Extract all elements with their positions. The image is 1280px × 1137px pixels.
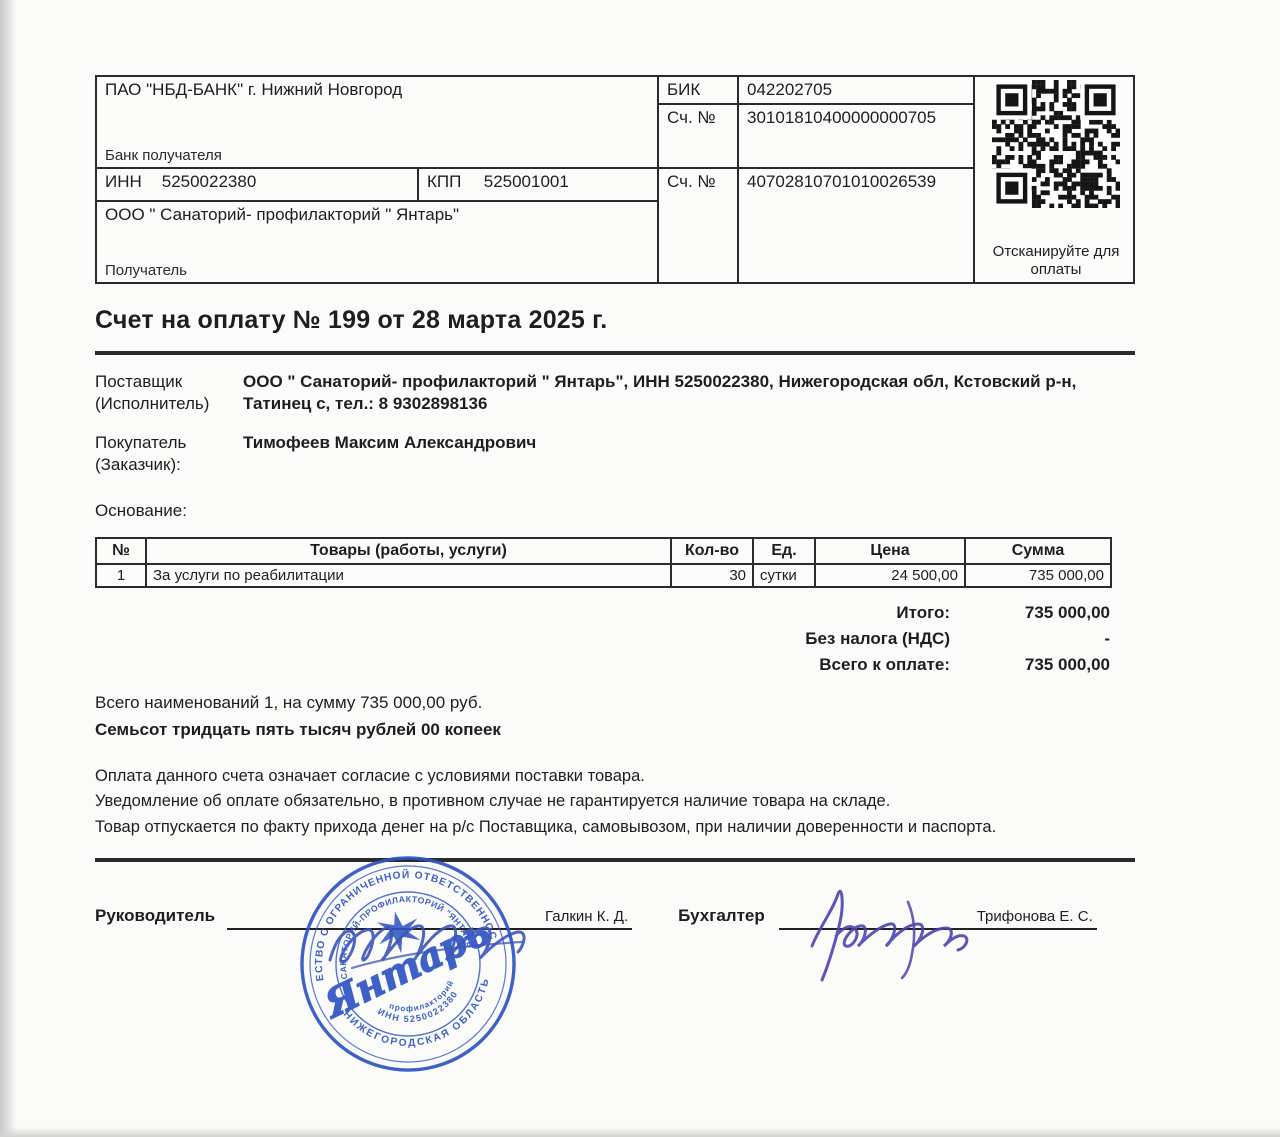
terms-line-1: Оплата данного счета означает согласие с… [95,764,1110,790]
qr-code-image [992,80,1120,208]
account-value: 40702810701010026539 [739,169,975,282]
total-value: - [950,626,1110,652]
items-count-line: Всего наименований 1, на сумму 735 000,0… [95,693,1135,713]
bik-label: БИК [659,77,739,105]
terms-block: Оплата данного счета означает согласие с… [95,764,1110,841]
invoice-scan-page: ПАО "НБД-БАНК" г. Нижний Новгород Банк п… [0,0,1280,1137]
corr-account-value: 30101810400000000705 [739,105,975,169]
total-label: Всего к оплате: [819,652,950,678]
receiver-cell: ООО " Санаторий- профилакторий " Янтарь"… [97,202,659,282]
col-header-unit: Ед. [753,538,815,564]
item-price: 24 500,00 [815,564,965,587]
director-label: Руководитель [95,906,215,930]
item-goods: За услуги по реабилитации [146,564,671,587]
supplier-value: ООО " Санаторий- профилакторий " Янтарь"… [243,371,1123,416]
supplier-block: Поставщик (Исполнитель) ООО " Санаторий-… [95,371,1135,416]
receiver-label: Получатель [105,262,649,279]
totals-block: Итого: 735 000,00 Без налога (НДС) - Все… [95,600,1110,679]
buyer-label-line2: (Заказчик): [95,454,243,476]
item-unit: сутки [753,564,815,587]
bank-label: Банк получателя [105,147,649,164]
buyer-label: Покупатель (Заказчик): [95,432,243,477]
qr-caption: Отсканируйте для оплаты [993,243,1120,279]
supplier-label-line1: Поставщик [95,371,243,393]
kpp-value: 525001001 [484,172,569,191]
bank-requisites-table: ПАО "НБД-БАНК" г. Нижний Новгород Банк п… [95,75,1135,284]
total-label: Без налога (НДС) [805,626,950,652]
item-qty: 30 [671,564,753,587]
scan-edge-bottom [0,1127,1280,1137]
inn-label: ИНН [105,172,157,192]
col-header-price: Цена [815,538,965,564]
kpp-cell: КПП 525001001 [419,169,659,202]
accountant-signature [798,882,998,987]
supplier-label-line2: (Исполнитель) [95,393,243,415]
buyer-value: Тимофеев Максим Александрович [243,432,1123,477]
item-sum: 735 000,00 [965,564,1111,587]
qr-cell: Отсканируйте для оплаты [975,77,1137,282]
receiver-name: ООО " Санаторий- профилакторий " Янтарь" [105,205,649,225]
kpp-label: КПП [427,172,479,192]
items-table: № Товары (работы, услуги) Кол-во Ед. Цен… [95,537,1112,588]
corr-account-label: Сч. № [659,105,739,169]
terms-line-2: Уведомление об оплате обязательно, в про… [95,789,1110,815]
buyer-block: Покупатель (Заказчик): Тимофеев Максим А… [95,432,1135,477]
bik-value: 042202705 [739,77,975,105]
invoice-content: ПАО "НБД-БАНК" г. Нижний Новгород Банк п… [95,75,1135,930]
terms-line-3: Товар отпускается по факту прихода денег… [95,815,1110,841]
title-divider [95,351,1135,355]
total-label: Итого: [896,600,950,626]
table-row: 1 За услуги по реабилитации 30 сутки 24 … [96,564,1111,587]
director-signature [322,898,622,988]
bank-name: ПАО "НБД-БАНК" г. Нижний Новгород [105,80,649,100]
col-header-qty: Кол-во [671,538,753,564]
bank-name-cell: ПАО "НБД-БАНК" г. Нижний Новгород Банк п… [97,77,659,169]
accountant-label: Бухгалтер [678,906,765,930]
inn-value: 5250022380 [162,172,257,191]
col-header-goods: Товары (работы, услуги) [146,538,671,564]
total-row-nds: Без налога (НДС) - [95,626,1110,652]
col-header-number: № [96,538,146,564]
account-label: Сч. № [659,169,739,282]
qr-caption-line2: оплаты [993,261,1120,279]
amount-in-words: Семьсот тридцать пять тысяч рублей 00 ко… [95,720,1135,740]
total-row-vsego: Всего к оплате: 735 000,00 [95,652,1110,678]
total-value: 735 000,00 [950,600,1110,626]
signature-divider [95,858,1135,862]
supplier-label: Поставщик (Исполнитель) [95,371,243,416]
total-value: 735 000,00 [950,652,1110,678]
items-header-row: № Товары (работы, услуги) Кол-во Ед. Цен… [96,538,1111,564]
scan-edge-left [0,0,16,1137]
inn-cell: ИНН 5250022380 [97,169,419,202]
col-header-sum: Сумма [965,538,1111,564]
basis-label: Основание: [95,501,1135,521]
qr-caption-line1: Отсканируйте для [993,243,1120,261]
item-number: 1 [96,564,146,587]
buyer-label-line1: Покупатель [95,432,243,454]
total-row-itogo: Итого: 735 000,00 [95,600,1110,626]
invoice-title: Счет на оплату № 199 от 28 марта 2025 г. [95,306,1135,335]
